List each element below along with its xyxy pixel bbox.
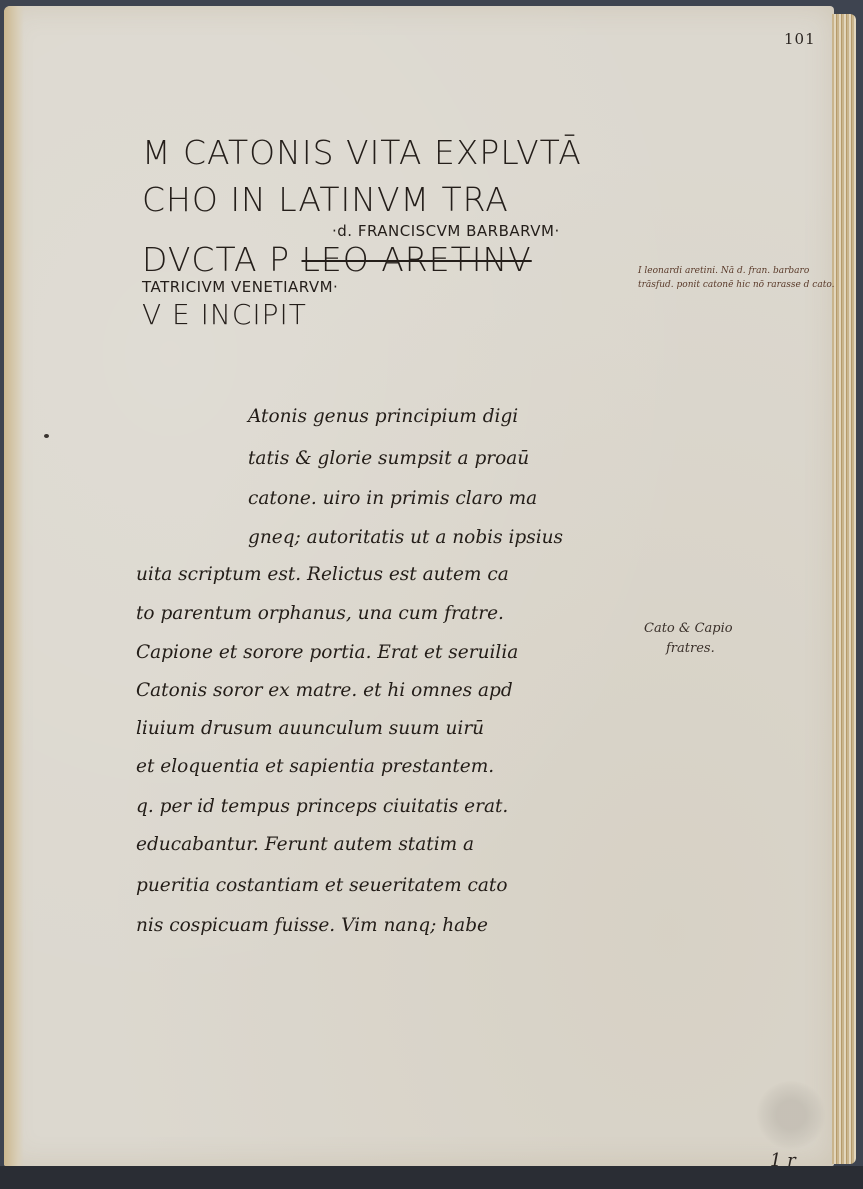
body-line: tatis & glorie sumpsit a proaū xyxy=(248,448,529,469)
binding-gutter xyxy=(4,6,24,1166)
title-line-3: DVCTA P LEO ARETINV xyxy=(142,238,532,282)
margin-note-middle-line-2: fratres. xyxy=(644,639,774,659)
title-line-1: M CATONIS VITA EXPLVTĀ xyxy=(142,131,582,175)
body-line: Catonis soror ex matre. et hi omnes apd xyxy=(136,680,513,701)
body-line: gneq; autoritatis ut a nobis ipsius xyxy=(248,527,563,548)
title-line-2: CHO IN LATINVM TRA xyxy=(142,178,509,222)
body-line: Atonis genus principium digi xyxy=(248,406,518,427)
body-line: to parentum orphanus, una cum fratre. xyxy=(136,603,504,624)
background-shadow xyxy=(0,1166,863,1189)
body-line: liuium drusum auunculum suum uirū xyxy=(136,718,484,739)
margin-note-middle: Cato & Capio fratres. xyxy=(644,619,774,659)
interlinear-correction: ·d. FRANCISCVM BARBARVM· xyxy=(332,223,560,239)
body-line: catone. uiro in primis claro ma xyxy=(248,488,537,509)
body-line: uita scriptum est. Relictus est autem ca xyxy=(136,564,509,585)
title-line-4: V E INCIPIT xyxy=(142,293,307,337)
margin-note-top: I leonardi aretini. Nā d. fran. barbaro … xyxy=(638,264,838,292)
body-line: pueritia costantiam et seueritatem cato xyxy=(136,875,507,896)
body-line: q. per id tempus princeps ciuitatis erat… xyxy=(136,796,508,817)
title-line-3-text: DVCTA P xyxy=(142,240,290,279)
library-stamp-icon xyxy=(756,1081,826,1149)
body-line: nis cospicuam fuisse. Vim nanq; habe xyxy=(136,915,488,936)
body-line: Capione et sorore portia. Erat et seruil… xyxy=(136,642,518,663)
body-line: educabantur. Ferunt autem statim a xyxy=(136,834,474,855)
margin-note-middle-line-1: Cato & Capio xyxy=(644,619,774,639)
struck-author-name: LEO ARETINV xyxy=(302,240,532,279)
worm-hole xyxy=(44,434,49,438)
shelf-mark: 1 r xyxy=(770,1150,796,1171)
body-line: et eloquentia et sapientia prestantem. xyxy=(136,756,494,777)
manuscript-page: 101 M CATONIS VITA EXPLVTĀ CHO IN LATINV… xyxy=(4,6,834,1166)
folio-number: 101 xyxy=(784,30,816,48)
page-fore-edge xyxy=(832,14,856,1164)
